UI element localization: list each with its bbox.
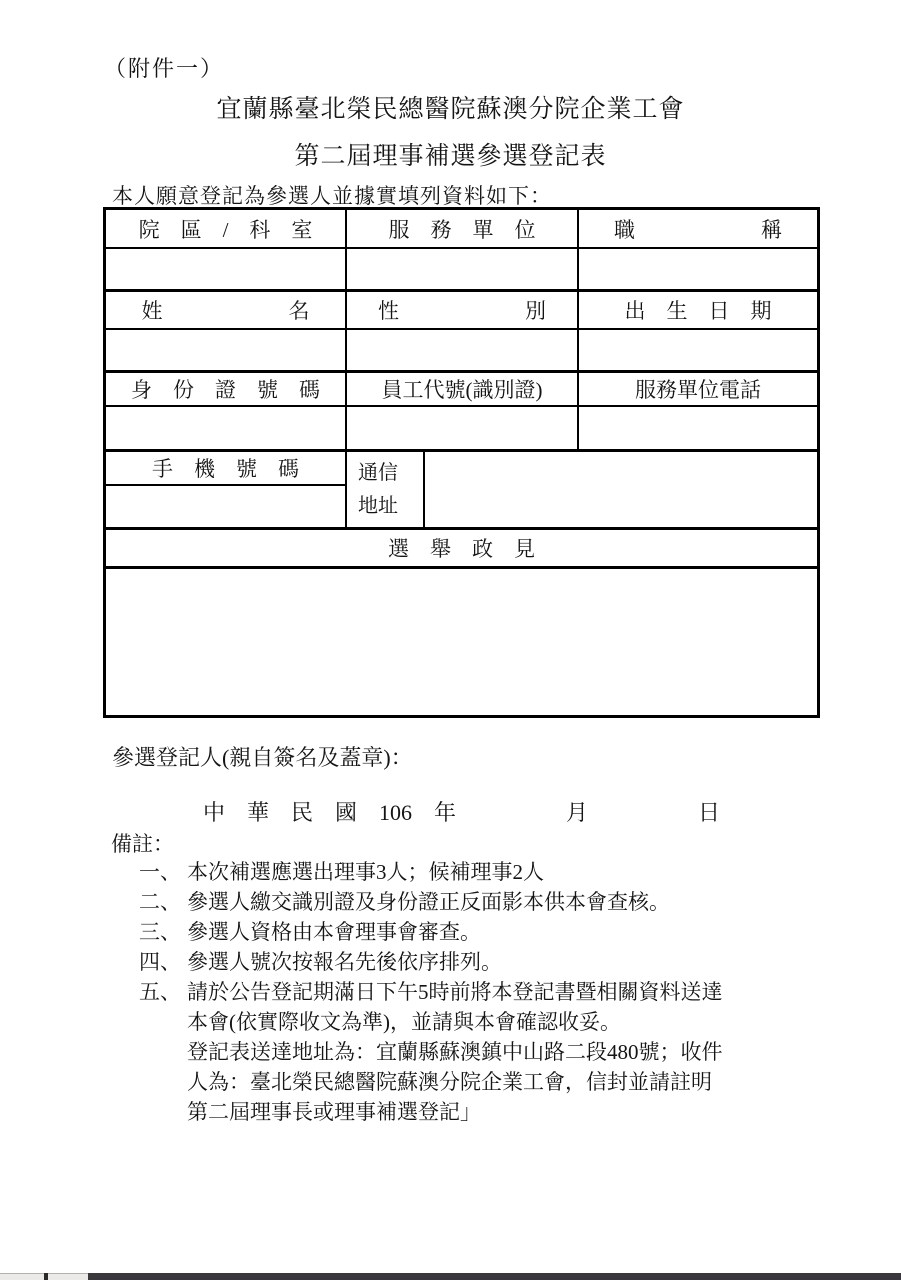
- viewer-bottom-edge: [88, 1273, 901, 1280]
- intro-statement: 本人願意登記為參選人並據實填列資料如下：: [112, 180, 552, 210]
- scanned-form-page: （附件一） 宜蘭縣臺北榮民總醫院蘇澳分院企業工會 第二屆理事補選參選登記表 本人…: [0, 0, 901, 1280]
- mobile-number-blank-cell: [106, 486, 345, 527]
- note-text: 參選人號次按報名先後依序排列。: [187, 950, 502, 974]
- note-text: 參選人繳交識別證及身份證正反面影本供本會查核。: [187, 890, 670, 914]
- id-number-blank-cell: [106, 407, 347, 449]
- mailing-address-label-cell: 通信 地址: [347, 452, 425, 527]
- hospital-area-header-cell: 院 區 / 科 室: [106, 210, 347, 247]
- attachment-label: （附件一）: [104, 52, 224, 83]
- table-row: 姓 名 性 別 出 生 日 期: [106, 292, 817, 330]
- note-item-3: 三、參選人資格由本會理事會審查。: [139, 917, 839, 947]
- unit-phone-header-cell: 服務單位電話: [579, 373, 817, 405]
- note-number: 二、: [139, 887, 187, 917]
- note-item-4: 四、參選人號次按報名先後依序排列。: [139, 947, 839, 977]
- gender-blank-cell: [347, 330, 579, 370]
- job-title-header-cell: 職 稱: [579, 210, 817, 247]
- registration-form-table: 院 區 / 科 室 服 務 單 位 職 稱 姓 名 性 別 出 生 日 期 身 …: [103, 207, 820, 718]
- name-header-cell: 姓 名: [106, 292, 347, 328]
- birth-date-blank-cell: [579, 330, 817, 370]
- service-unit-header-cell: 服 務 單 位: [347, 210, 579, 247]
- id-number-header-cell: 身 份 證 號 碼: [106, 373, 347, 405]
- election-platform-blank-cell: [106, 569, 817, 715]
- table-row: 手 機 號 碼 通信 地址: [106, 452, 817, 530]
- table-row: 院 區 / 科 室 服 務 單 位 職 稱: [106, 210, 817, 249]
- note-item-1: 一、本次補選應選出理事3人；候補理事2人: [139, 857, 839, 887]
- gender-header-cell: 性 別: [347, 292, 579, 328]
- hospital-area-blank-cell: [106, 249, 347, 289]
- note-number: 一、: [139, 857, 187, 887]
- note-item-5-continuation: 人為：臺北榮民總醫院蘇澳分院企業工會，信封並請註明: [187, 1067, 839, 1097]
- mobile-number-header-cell: 手 機 號 碼: [106, 452, 345, 486]
- signature-label: 參選登記人(親自簽名及蓋章)：: [112, 741, 413, 772]
- table-row: [106, 330, 817, 373]
- unit-phone-blank-cell: [579, 407, 817, 449]
- note-number: 四、: [139, 947, 187, 977]
- note-item-2: 二、參選人繳交識別證及身份證正反面影本供本會查核。: [139, 887, 839, 917]
- job-title-blank-cell: [579, 249, 817, 289]
- table-row: 身 份 證 號 碼 員工代號(識別證) 服務單位電話: [106, 373, 817, 407]
- election-platform-header-cell: 選 舉 政 見: [106, 530, 817, 566]
- employee-code-header-cell: 員工代號(識別證): [347, 373, 579, 405]
- form-title-line2: 第二屆理事補選參選登記表: [0, 136, 901, 172]
- note-text: 本次補選應選出理事3人；候補理事2人: [187, 860, 544, 884]
- roc-date-line: 中 華 民 國 106 年 月 日: [203, 796, 720, 827]
- birth-date-header-cell: 出 生 日 期: [579, 292, 817, 328]
- note-item-5-continuation: 登記表送達地址為：宜蘭縣蘇澳鎮中山路二段480號；收件: [187, 1037, 839, 1067]
- note-text: 參選人資格由本會理事會審查。: [187, 920, 481, 944]
- table-row: 選 舉 政 見: [106, 530, 817, 569]
- name-blank-cell: [106, 330, 347, 370]
- mailing-address-label-line2: 地址: [358, 490, 398, 523]
- note-item-5: 五、請於公告登記期滿日下午5時前將本登記書暨相關資料送達: [139, 977, 839, 1007]
- mailing-address-label-line1: 通信: [358, 457, 398, 490]
- mobile-number-column: 手 機 號 碼: [106, 452, 347, 527]
- note-number: 三、: [139, 917, 187, 947]
- table-row: [106, 249, 817, 292]
- note-item-5-continuation: 本會(依實際收文為準)，並請與本會確認收妥。: [187, 1007, 839, 1037]
- notes-list: 一、本次補選應選出理事3人；候補理事2人 二、參選人繳交識別證及身份證正反面影本…: [139, 857, 839, 1127]
- horizontal-scrollbar[interactable]: [0, 1273, 88, 1280]
- service-unit-blank-cell: [347, 249, 579, 289]
- notes-heading: 備註：: [111, 828, 174, 858]
- table-row: [106, 569, 817, 715]
- note-number: 五、: [139, 977, 187, 1007]
- table-row: [106, 407, 817, 452]
- horizontal-scrollbar-thumb[interactable]: [44, 1273, 48, 1280]
- mailing-address-blank-cell: [425, 452, 817, 527]
- employee-code-blank-cell: [347, 407, 579, 449]
- note-item-5-continuation: 第二屆理事長或理事補選登記」: [187, 1097, 839, 1127]
- note-text: 請於公告登記期滿日下午5時前將本登記書暨相關資料送達: [187, 980, 723, 1004]
- form-title-line1: 宜蘭縣臺北榮民總醫院蘇澳分院企業工會: [0, 89, 901, 125]
